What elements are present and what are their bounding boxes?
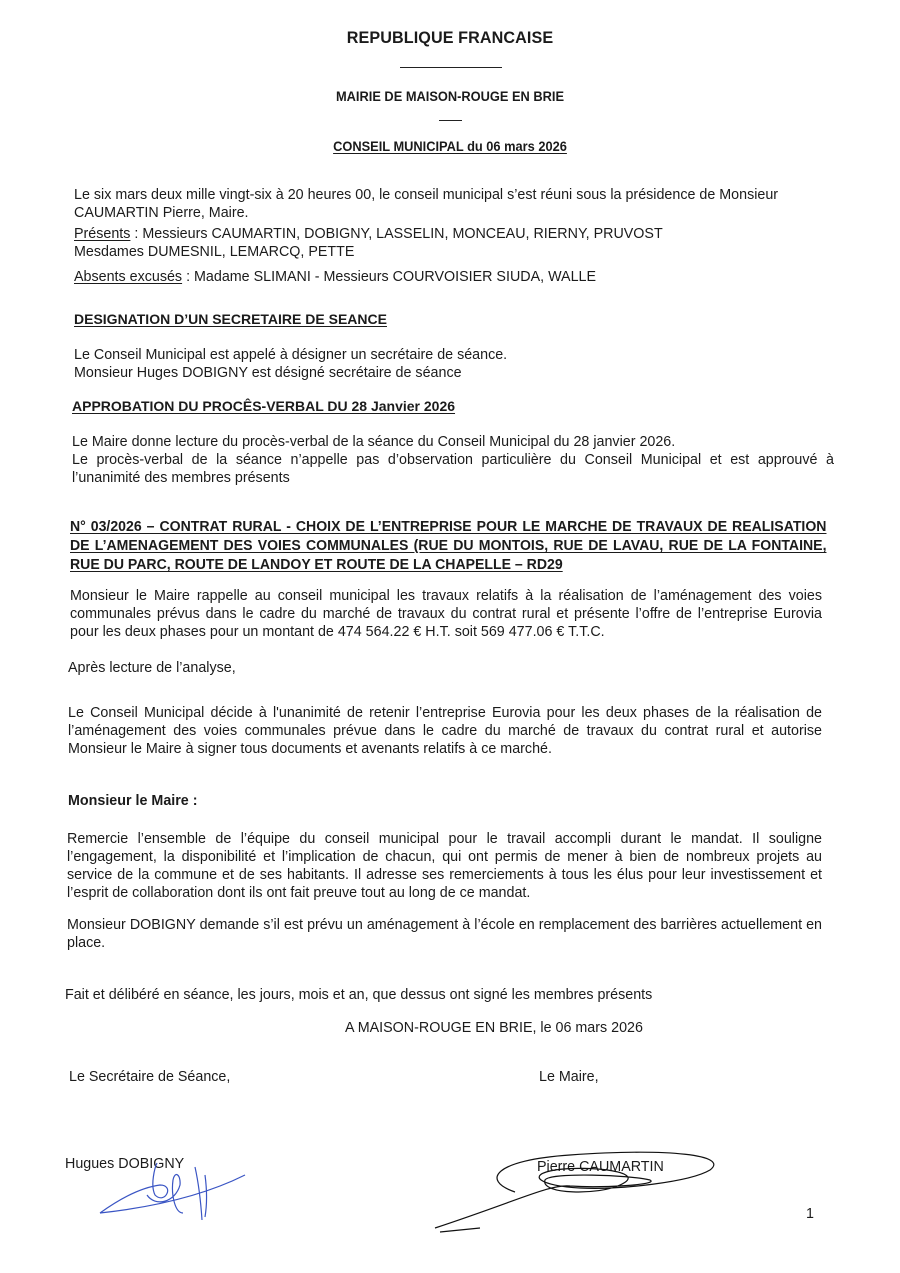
republic-heading: REPUBLIQUE FRANCAISE (23, 28, 878, 48)
deliberation-recall: Monsieur le Maire rappelle au conseil mu… (70, 587, 822, 641)
secretary-paragraph: Le Conseil Municipal est appelé à désign… (74, 346, 834, 382)
deliberation-decision: Le Conseil Municipal décide à l'unanimit… (68, 704, 822, 758)
present-women: Mesdames DUMESNIL, LEMARCQ, PETTE (74, 244, 354, 260)
approval-paragraph: Le Maire donne lecture du procès-verbal … (72, 433, 834, 487)
secretary-line-2: Monsieur Huges DOBIGNY est désigné secré… (74, 365, 462, 381)
mayor-thanks: Remercie l’ensemble de l’équipe du conse… (67, 830, 822, 902)
mayor-heading: Monsieur le Maire : (68, 792, 198, 810)
short-divider (439, 120, 462, 121)
approval-line-1: Le Maire donne lecture du procès-verbal … (72, 433, 834, 451)
present-label: Présents (74, 226, 130, 242)
dobigny-question: Monsieur DOBIGNY demande s’il est prévu … (67, 916, 822, 952)
present-men: : Messieurs CAUMARTIN, DOBIGNY, LASSELIN… (130, 226, 662, 242)
secretary-heading: DESIGNATION D’UN SECRETAIRE DE SEANCE (74, 311, 387, 327)
town-hall-heading: MAIRIE DE MAISON-ROUGE EN BRIE (23, 89, 878, 104)
mayor-signature-icon (420, 1140, 740, 1230)
mayor-label: Le Maire, (539, 1068, 599, 1086)
place-and-date: A MAISON-ROUGE EN BRIE, le 06 mars 2026 (345, 1019, 643, 1037)
secretary-signature-icon (95, 1155, 255, 1235)
approval-line-2: Le procès-verbal de la séance n’appelle … (72, 451, 834, 487)
header-divider (400, 67, 502, 68)
approval-heading: APPROBATION DU PROCÊS-VERBAL DU 28 Janvi… (72, 398, 455, 414)
closing-statement: Fait et délibéré en séance, les jours, m… (65, 986, 652, 1004)
attendees-absent: Absents excusés : Madame SLIMANI - Messi… (74, 268, 834, 286)
secretary-label: Le Secrétaire de Séance, (69, 1068, 230, 1086)
secretary-line-1: Le Conseil Municipal est appelé à désign… (74, 347, 507, 363)
meeting-title: CONSEIL MUNICIPAL du 06 mars 2026 (23, 139, 878, 154)
deliberation-title: N° 03/2026 – CONTRAT RURAL - CHOIX DE L’… (70, 518, 826, 575)
after-reading: Après lecture de l’analyse, (68, 659, 236, 677)
page-number: 1 (806, 1205, 814, 1223)
attendees-present: Présents : Messieurs CAUMARTIN, DOBIGNY,… (74, 225, 834, 261)
absent-label: Absents excusés (74, 269, 182, 285)
opening-paragraph: Le six mars deux mille vingt-six à 20 he… (74, 186, 834, 222)
absent-list: : Madame SLIMANI - Messieurs COURVOISIER… (182, 269, 596, 285)
